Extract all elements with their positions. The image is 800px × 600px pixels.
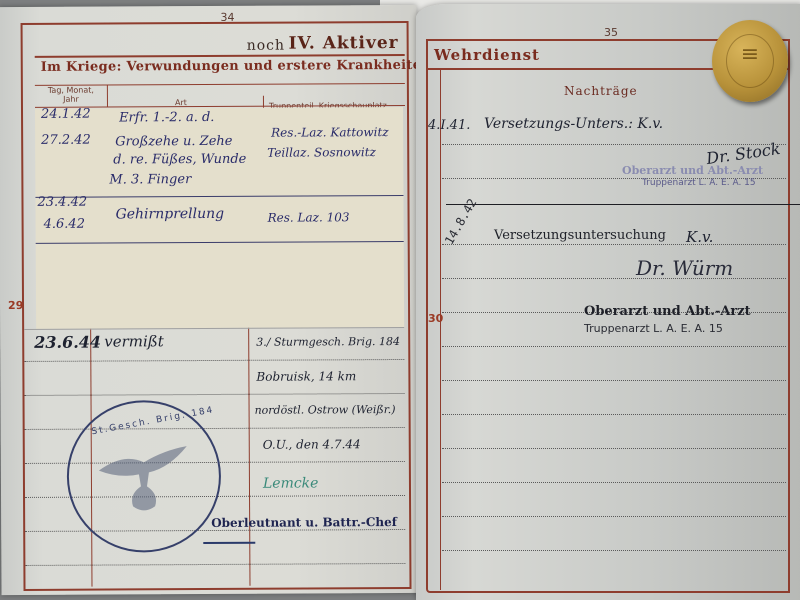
lower-entry-remark: O.U., den 4.7.44 bbox=[263, 437, 361, 452]
entry-unit: Teillaz. Sosnowitz bbox=[267, 145, 376, 160]
lower-entry-remark: 3./ Sturmgesch. Brig. 184 bbox=[256, 335, 400, 349]
entry-result: K.v. bbox=[686, 228, 713, 246]
page-header: Wehrdienst bbox=[434, 46, 540, 64]
entry-unit: Res. Laz. 103 bbox=[268, 210, 350, 224]
ruled-line bbox=[442, 380, 786, 381]
ruled-line bbox=[442, 516, 786, 517]
col-divider bbox=[107, 85, 108, 107]
section-title: Im Kriege: Verwundungen und erstere Kran… bbox=[41, 58, 431, 75]
ruled-line bbox=[442, 244, 786, 245]
entry-date: 23.4.42 bbox=[37, 195, 87, 210]
entry-art: d. re. Füßes, Wunde bbox=[113, 152, 246, 168]
ruled-line bbox=[442, 346, 786, 347]
stamp-line: Truppenarzt L. A. E. A. 15 bbox=[642, 178, 756, 188]
ruled-line bbox=[442, 550, 786, 551]
header-prefix: noch bbox=[247, 38, 285, 54]
entry-text: Versetzungsuntersuchung bbox=[494, 228, 666, 243]
entry-separator bbox=[446, 204, 800, 205]
ruled-line bbox=[442, 278, 786, 279]
left-page: 34 29 noch IV. Aktiver Im Kriege: Verwun… bbox=[0, 5, 420, 595]
page-number-margin: 29 bbox=[8, 299, 23, 312]
page-subheader: Nachträge bbox=[564, 84, 638, 98]
officer-title: Oberleutnant u. Battr.-Chef bbox=[211, 515, 397, 530]
coin-building-icon: ≡ bbox=[712, 42, 788, 67]
column-header-date: Tag, Monat, Jahr bbox=[39, 86, 103, 104]
entry-art: Gehirnprellung bbox=[116, 206, 225, 223]
lower-entry-remark: nordöstl. Ostrow (Weißr.) bbox=[255, 403, 396, 417]
stamp-line: Oberarzt und Abt.-Arzt bbox=[584, 304, 751, 319]
entry-date: 4.6.42 bbox=[44, 217, 85, 232]
officer-signature: Lemcke bbox=[263, 475, 319, 491]
entry-art: Erfr. 1.-2. a. d. bbox=[119, 110, 214, 125]
entry-art: M. 3. Finger bbox=[109, 172, 191, 187]
stamp-line: Oberarzt und Abt.-Arzt bbox=[622, 164, 763, 177]
margin-rule bbox=[440, 70, 441, 590]
ruled-line bbox=[442, 448, 786, 449]
coin: ≡ bbox=[712, 20, 788, 102]
entry-art: Großzehe u. Zehe bbox=[115, 134, 232, 150]
lower-entry-art: vermißt bbox=[104, 332, 164, 350]
page-number-margin: 30 bbox=[428, 312, 443, 325]
entry-date: 24.1.42 bbox=[41, 107, 91, 122]
page-number-top: 35 bbox=[604, 26, 618, 39]
stamp-line: Truppenarzt L. A. E. A. 15 bbox=[584, 322, 723, 335]
doctor-signature: Dr. Würm bbox=[636, 256, 733, 280]
header-section: IV. Aktiver bbox=[289, 33, 399, 54]
unit-stamp: St.Gesch. Brig. 184 bbox=[67, 400, 222, 553]
entry-date: 4.I.41. bbox=[428, 118, 470, 133]
ruled-line bbox=[442, 414, 786, 415]
entry-text: Versetzungs-Unters.: K.v. bbox=[484, 116, 663, 132]
entry-date: 27.2.42 bbox=[41, 133, 91, 148]
ruled-line bbox=[442, 482, 786, 483]
eagle-emblem-icon bbox=[69, 402, 220, 551]
entry-unit: Res.-Laz. Kattowitz bbox=[271, 125, 389, 140]
lower-entry-remark: Bobruisk, 14 km bbox=[256, 369, 356, 384]
lower-entry-date: 23.6.44 bbox=[34, 333, 101, 352]
